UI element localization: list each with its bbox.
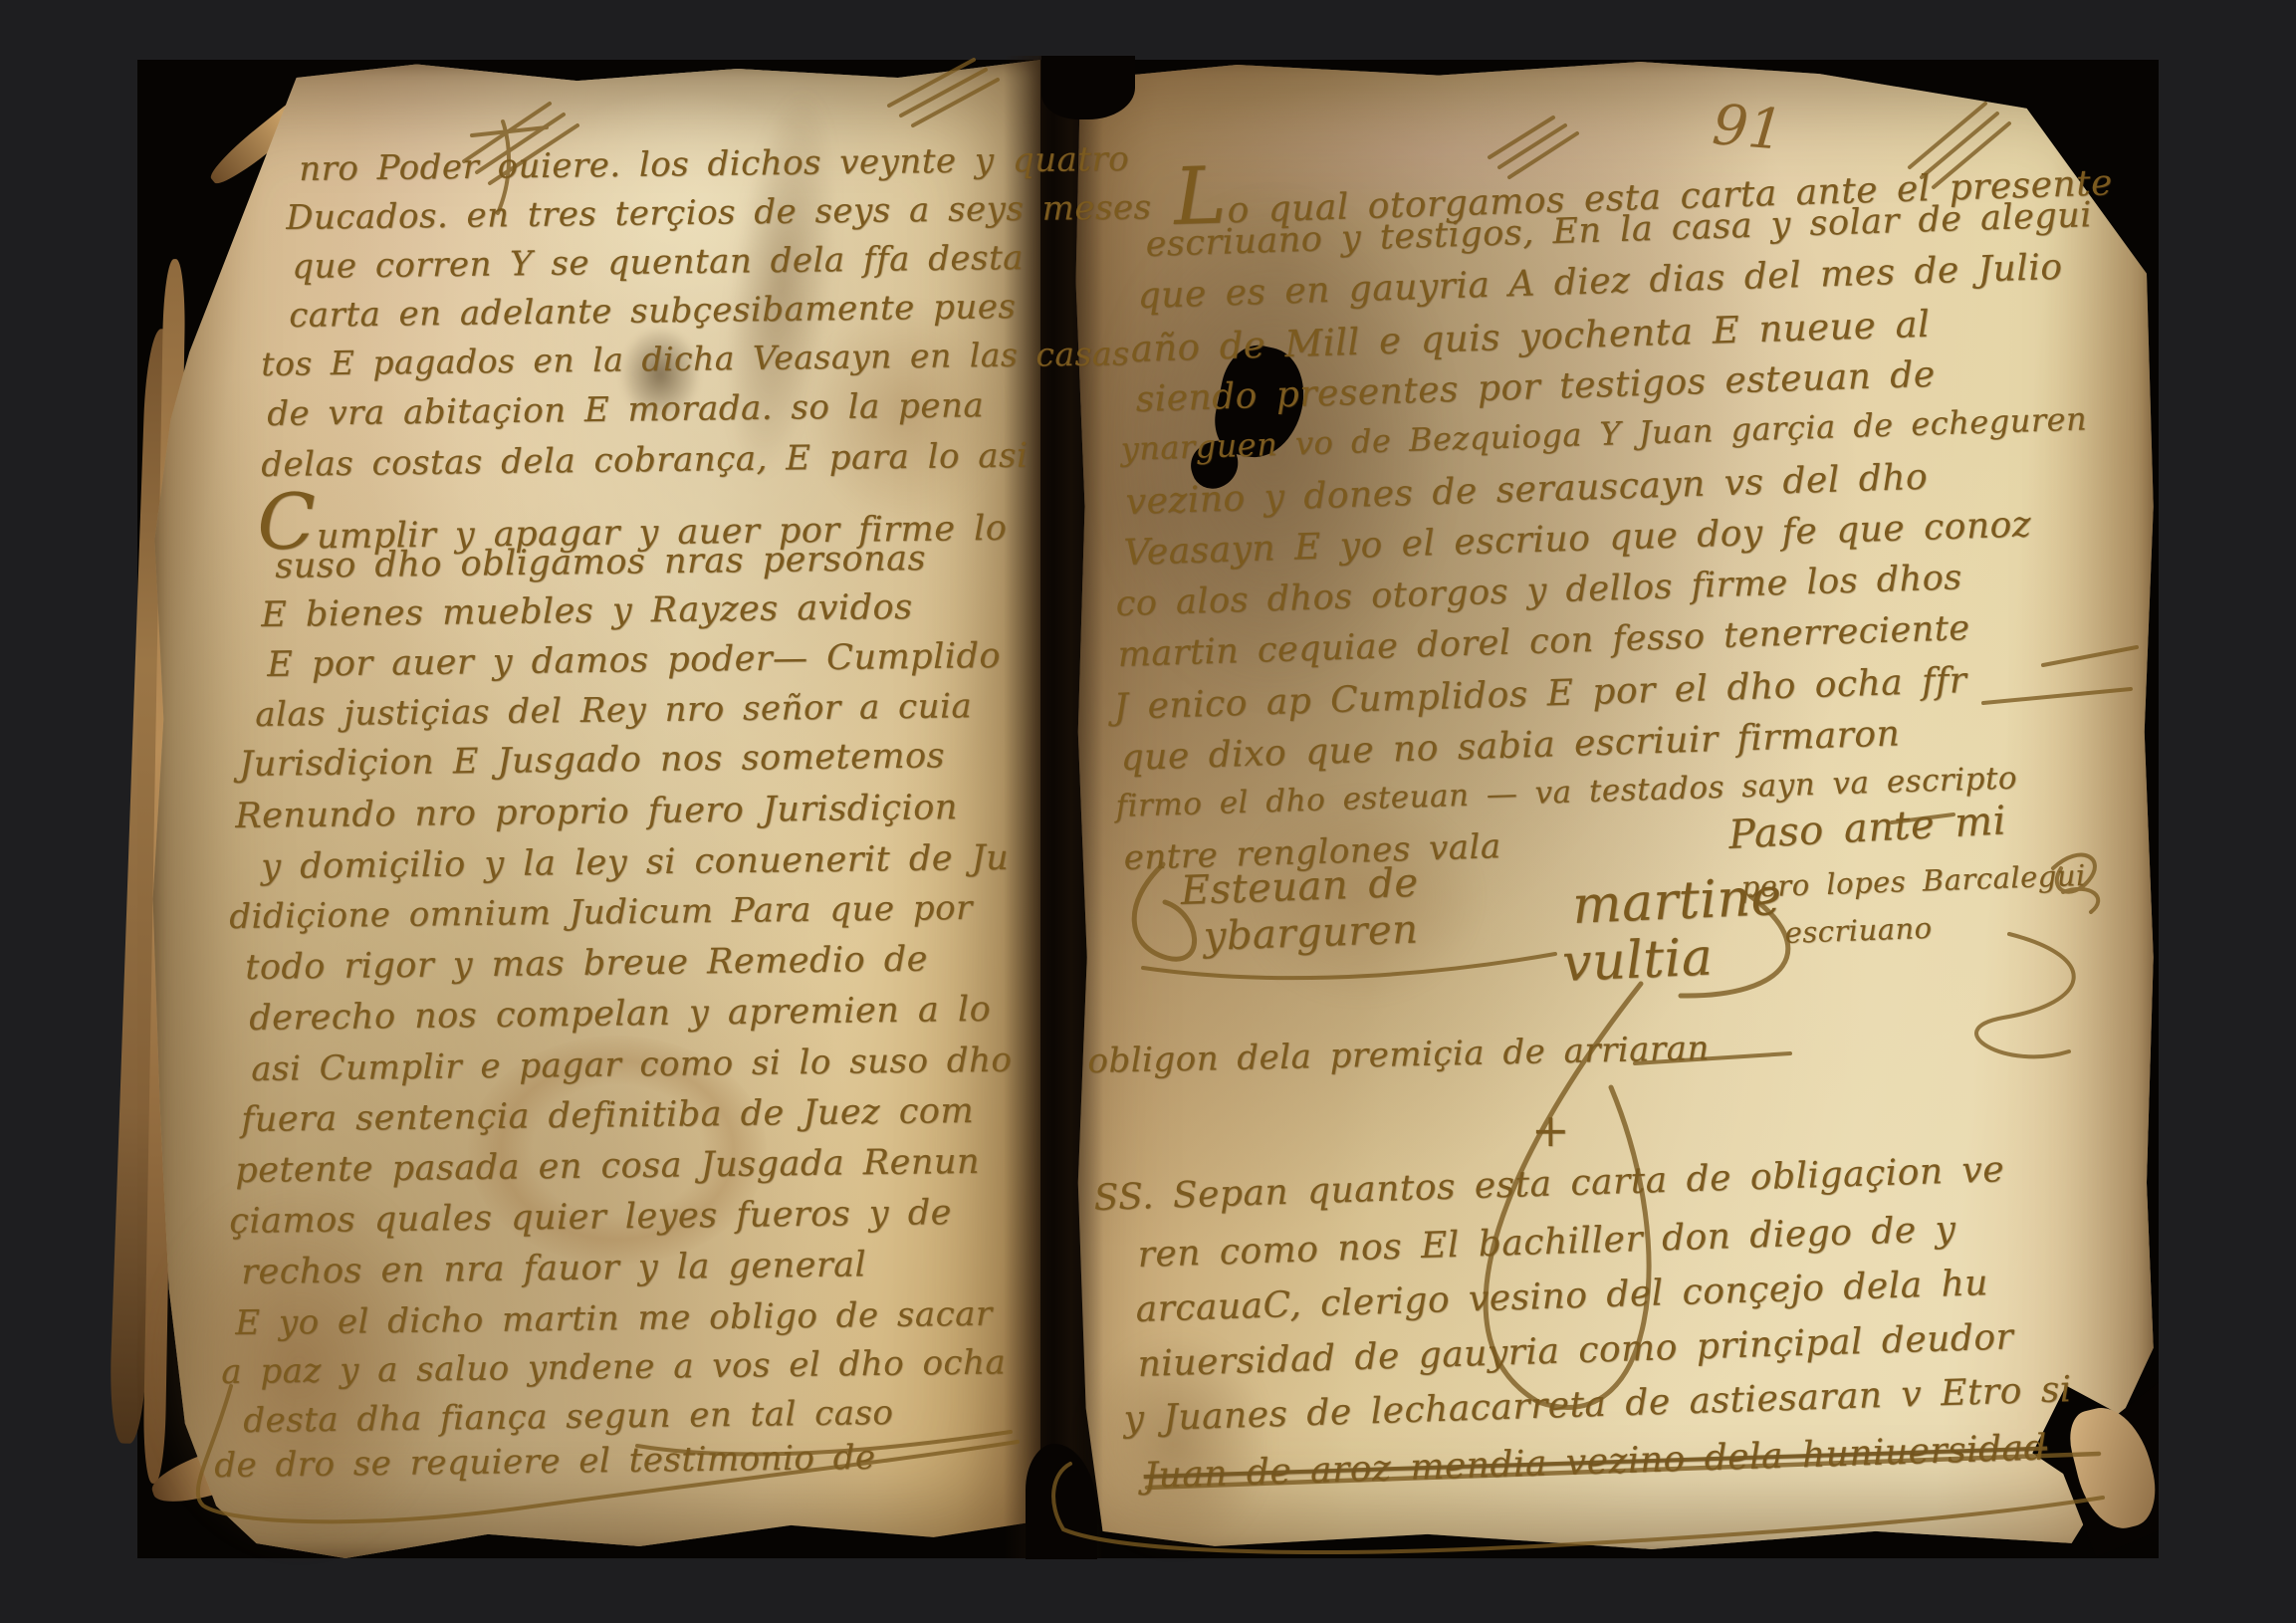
manuscript-line: suso dho obligamos nras personas [275,539,926,586]
signature-witness: Esteuan de [1180,860,1419,914]
signature-party: vultia [1561,927,1715,994]
notary-signature: escriuano [1784,911,1933,950]
manuscript-line: de dro se requiere el testimonio de [214,1438,876,1486]
cross-mark: + [1531,1103,1570,1157]
manuscript-line: rechos en nra fauor y la general [241,1245,866,1292]
manuscript-line: desta dha fiança segun en tal caso [243,1393,894,1441]
signature-witness: ybarguren [1203,906,1419,959]
archival-photo-stage: nro Poder ouiere. los dichos veynte y qu… [0,0,2296,1623]
manuscript-line: E bienes muebles y Rayzes avidos [261,587,913,635]
manuscript-line: todo rigor y mas breue Remedio de [245,940,928,988]
folio-number: 91 [1710,93,1786,163]
